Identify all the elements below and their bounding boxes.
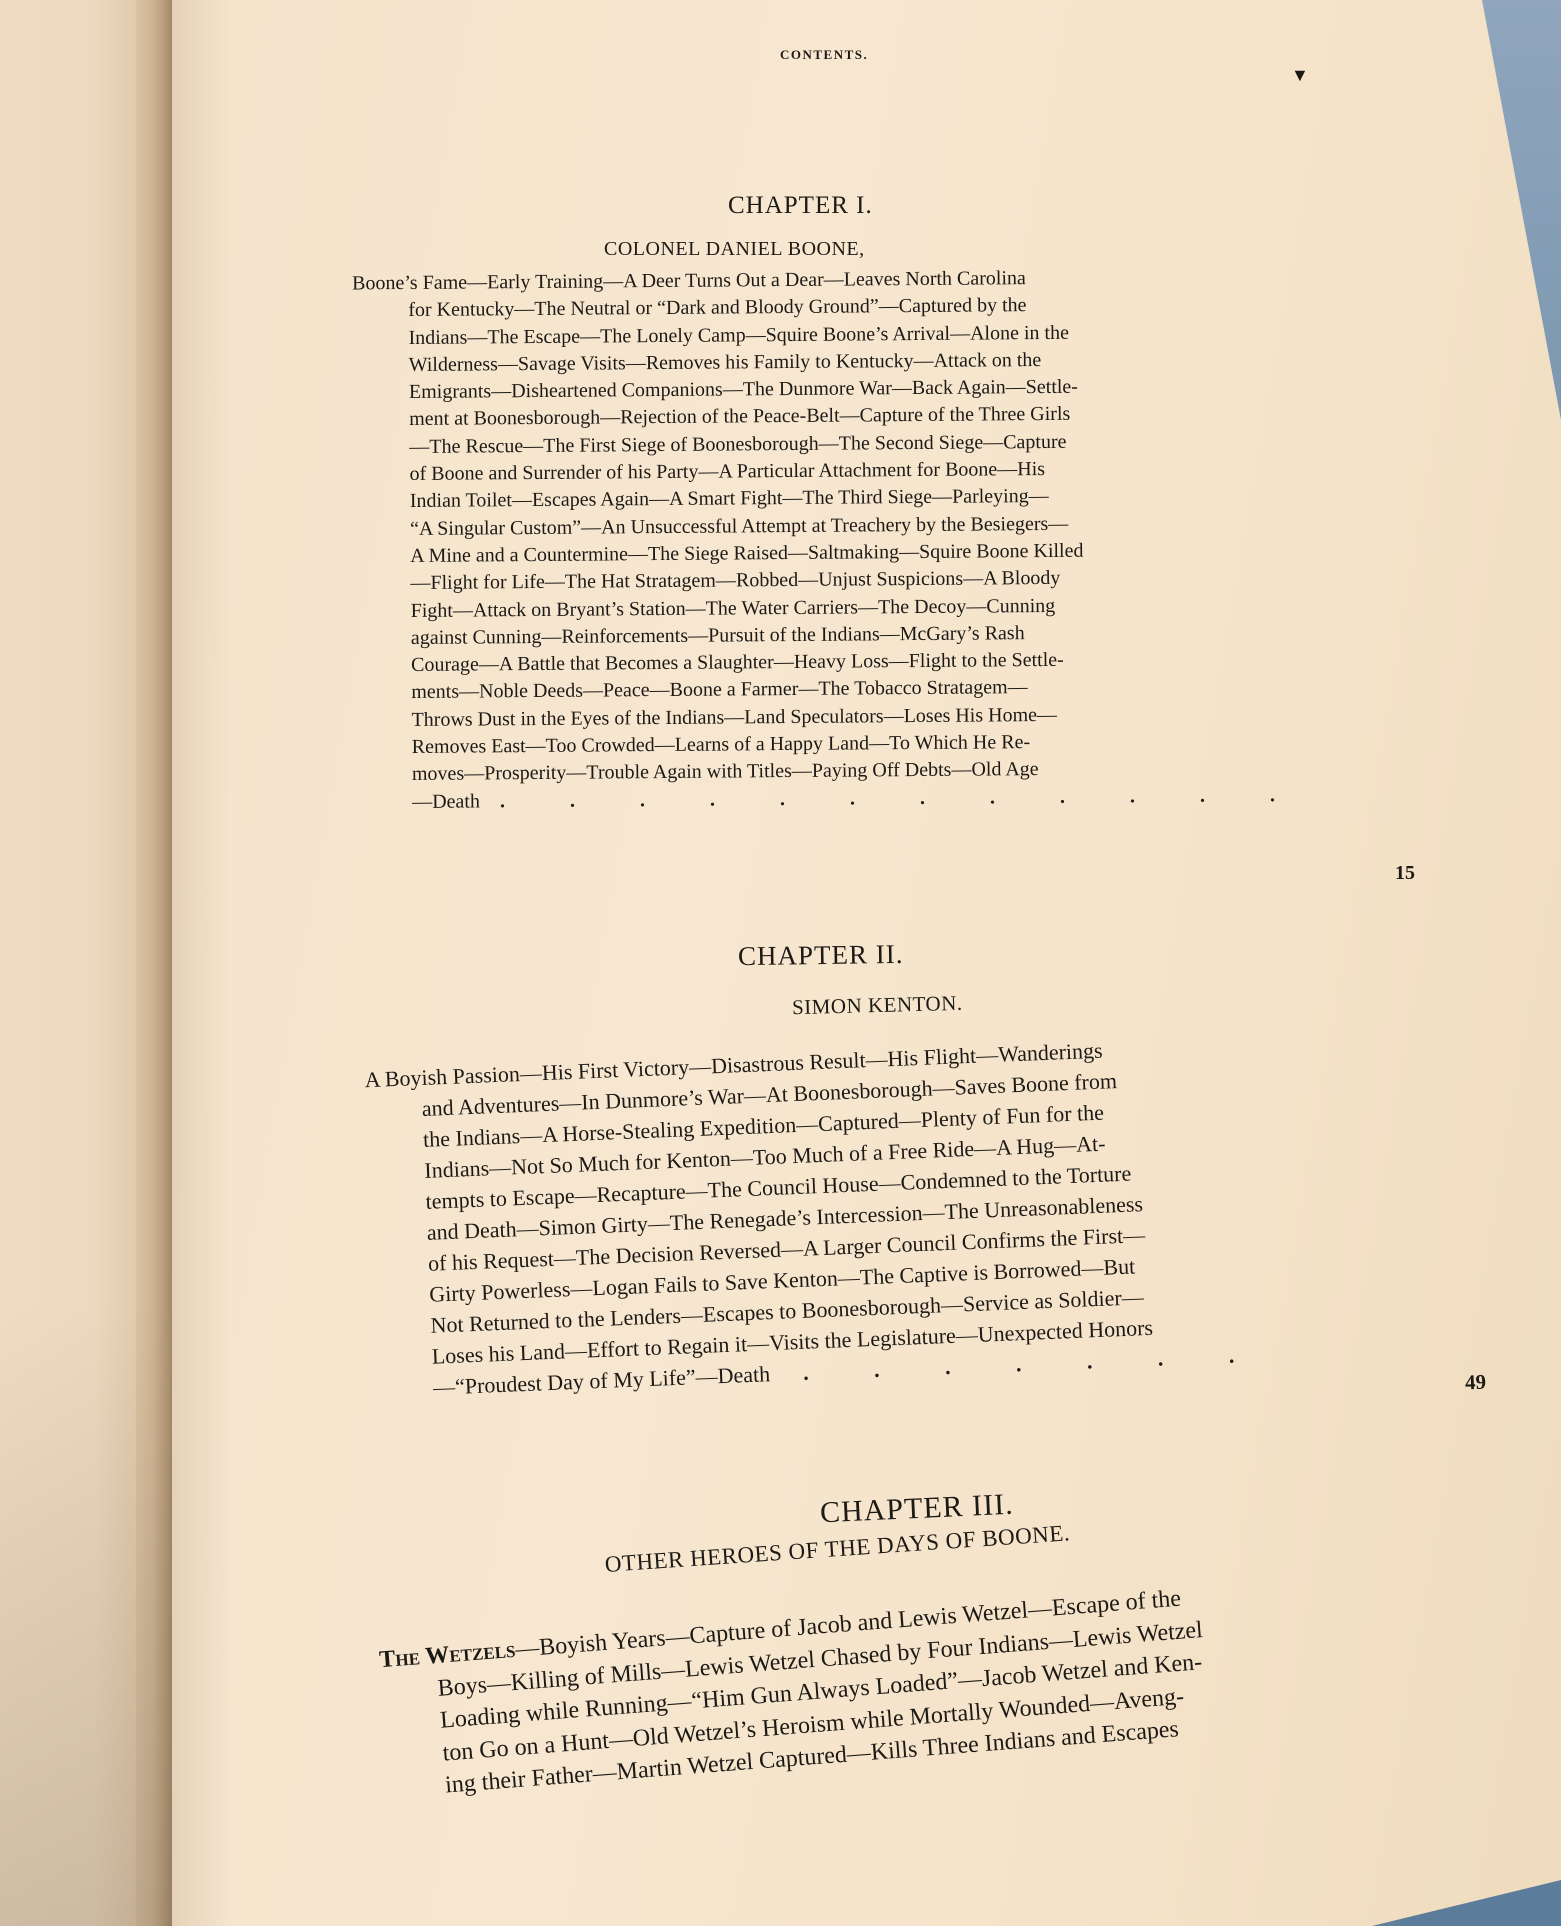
chapter-2-heading: CHAPTER II.: [738, 939, 904, 972]
chapter-1-heading: CHAPTER I.: [728, 192, 873, 220]
chapter-1-subject: COLONEL DANIEL BOONE,: [604, 238, 865, 261]
leader-dots: . . . . . . . . . . . .: [500, 784, 1305, 812]
chapter-2-subject: SIMON KENTON.: [792, 991, 963, 1020]
page-inner-shadow: [172, 0, 232, 1926]
chapter-1-page-number: 15: [1395, 862, 1415, 885]
gutter-shadow: [0, 1300, 180, 1926]
signature-mark-icon: ▼: [1291, 65, 1309, 86]
chapter-2-synopsis: A Boyish Passion—His First Victory—Disas…: [420, 1029, 1265, 1403]
synopsis-line: —Death: [412, 790, 480, 813]
chapter-2-page-number: 49: [1465, 1370, 1487, 1396]
running-head: CONTENTS.: [780, 47, 868, 63]
chapter-1-synopsis: Boone’s Fame—Early Training—A Deer Turns…: [408, 263, 1305, 816]
